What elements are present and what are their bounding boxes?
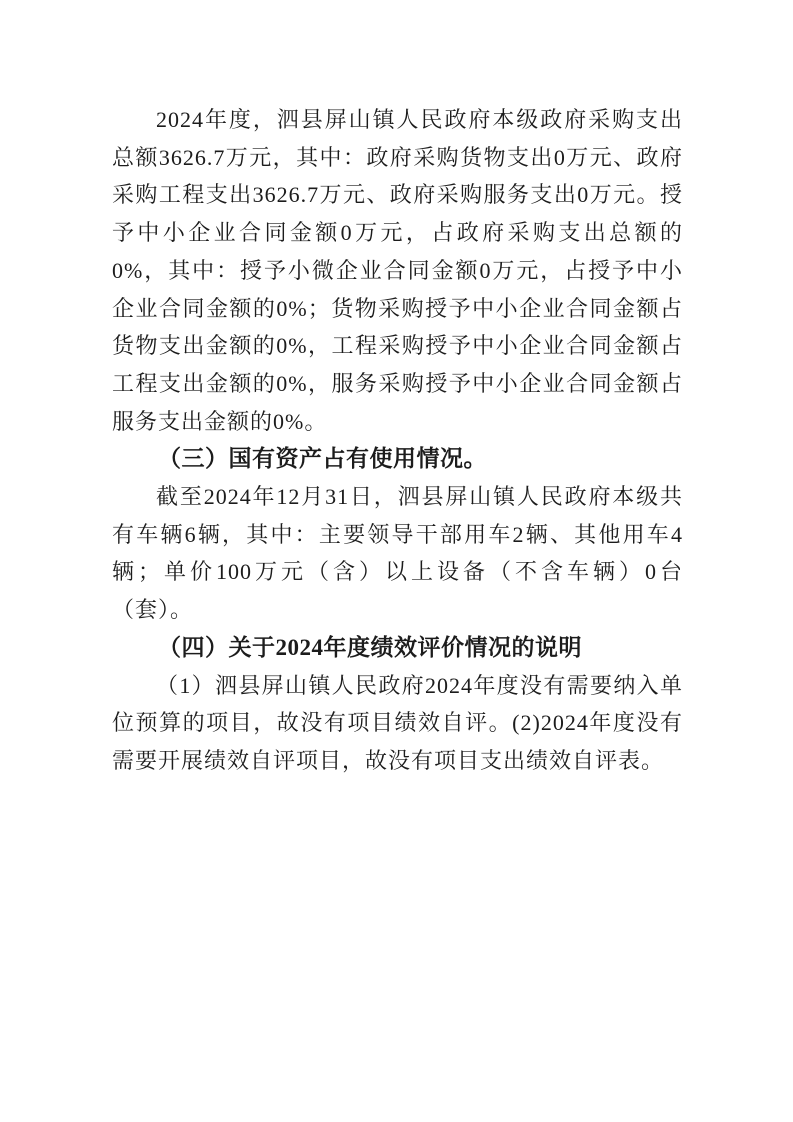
paragraph-government-procurement-summary: 2024年度，泗县屏山镇人民政府本级政府采购支出总额3626.7万元，其中：政府… xyxy=(112,101,683,440)
heading-performance-evaluation: （四）关于2024年度绩效评价情况的说明 xyxy=(112,629,683,667)
paragraph-performance-evaluation: （1）泗县屏山镇人民政府2024年度没有需要纳入单位预算的项目，故没有项目绩效自… xyxy=(112,667,683,780)
heading-state-owned-assets: （三）国有资产占有使用情况。 xyxy=(112,440,683,478)
paragraph-state-owned-assets: 截至2024年12月31日，泗县屏山镇人民政府本级共有车辆6辆，其中：主要领导干… xyxy=(112,478,683,629)
document-content: 2024年度，泗县屏山镇人民政府本级政府采购支出总额3626.7万元，其中：政府… xyxy=(112,101,683,780)
document-page: 2024年度，泗县屏山镇人民政府本级政府采购支出总额3626.7万元，其中：政府… xyxy=(0,0,793,1122)
